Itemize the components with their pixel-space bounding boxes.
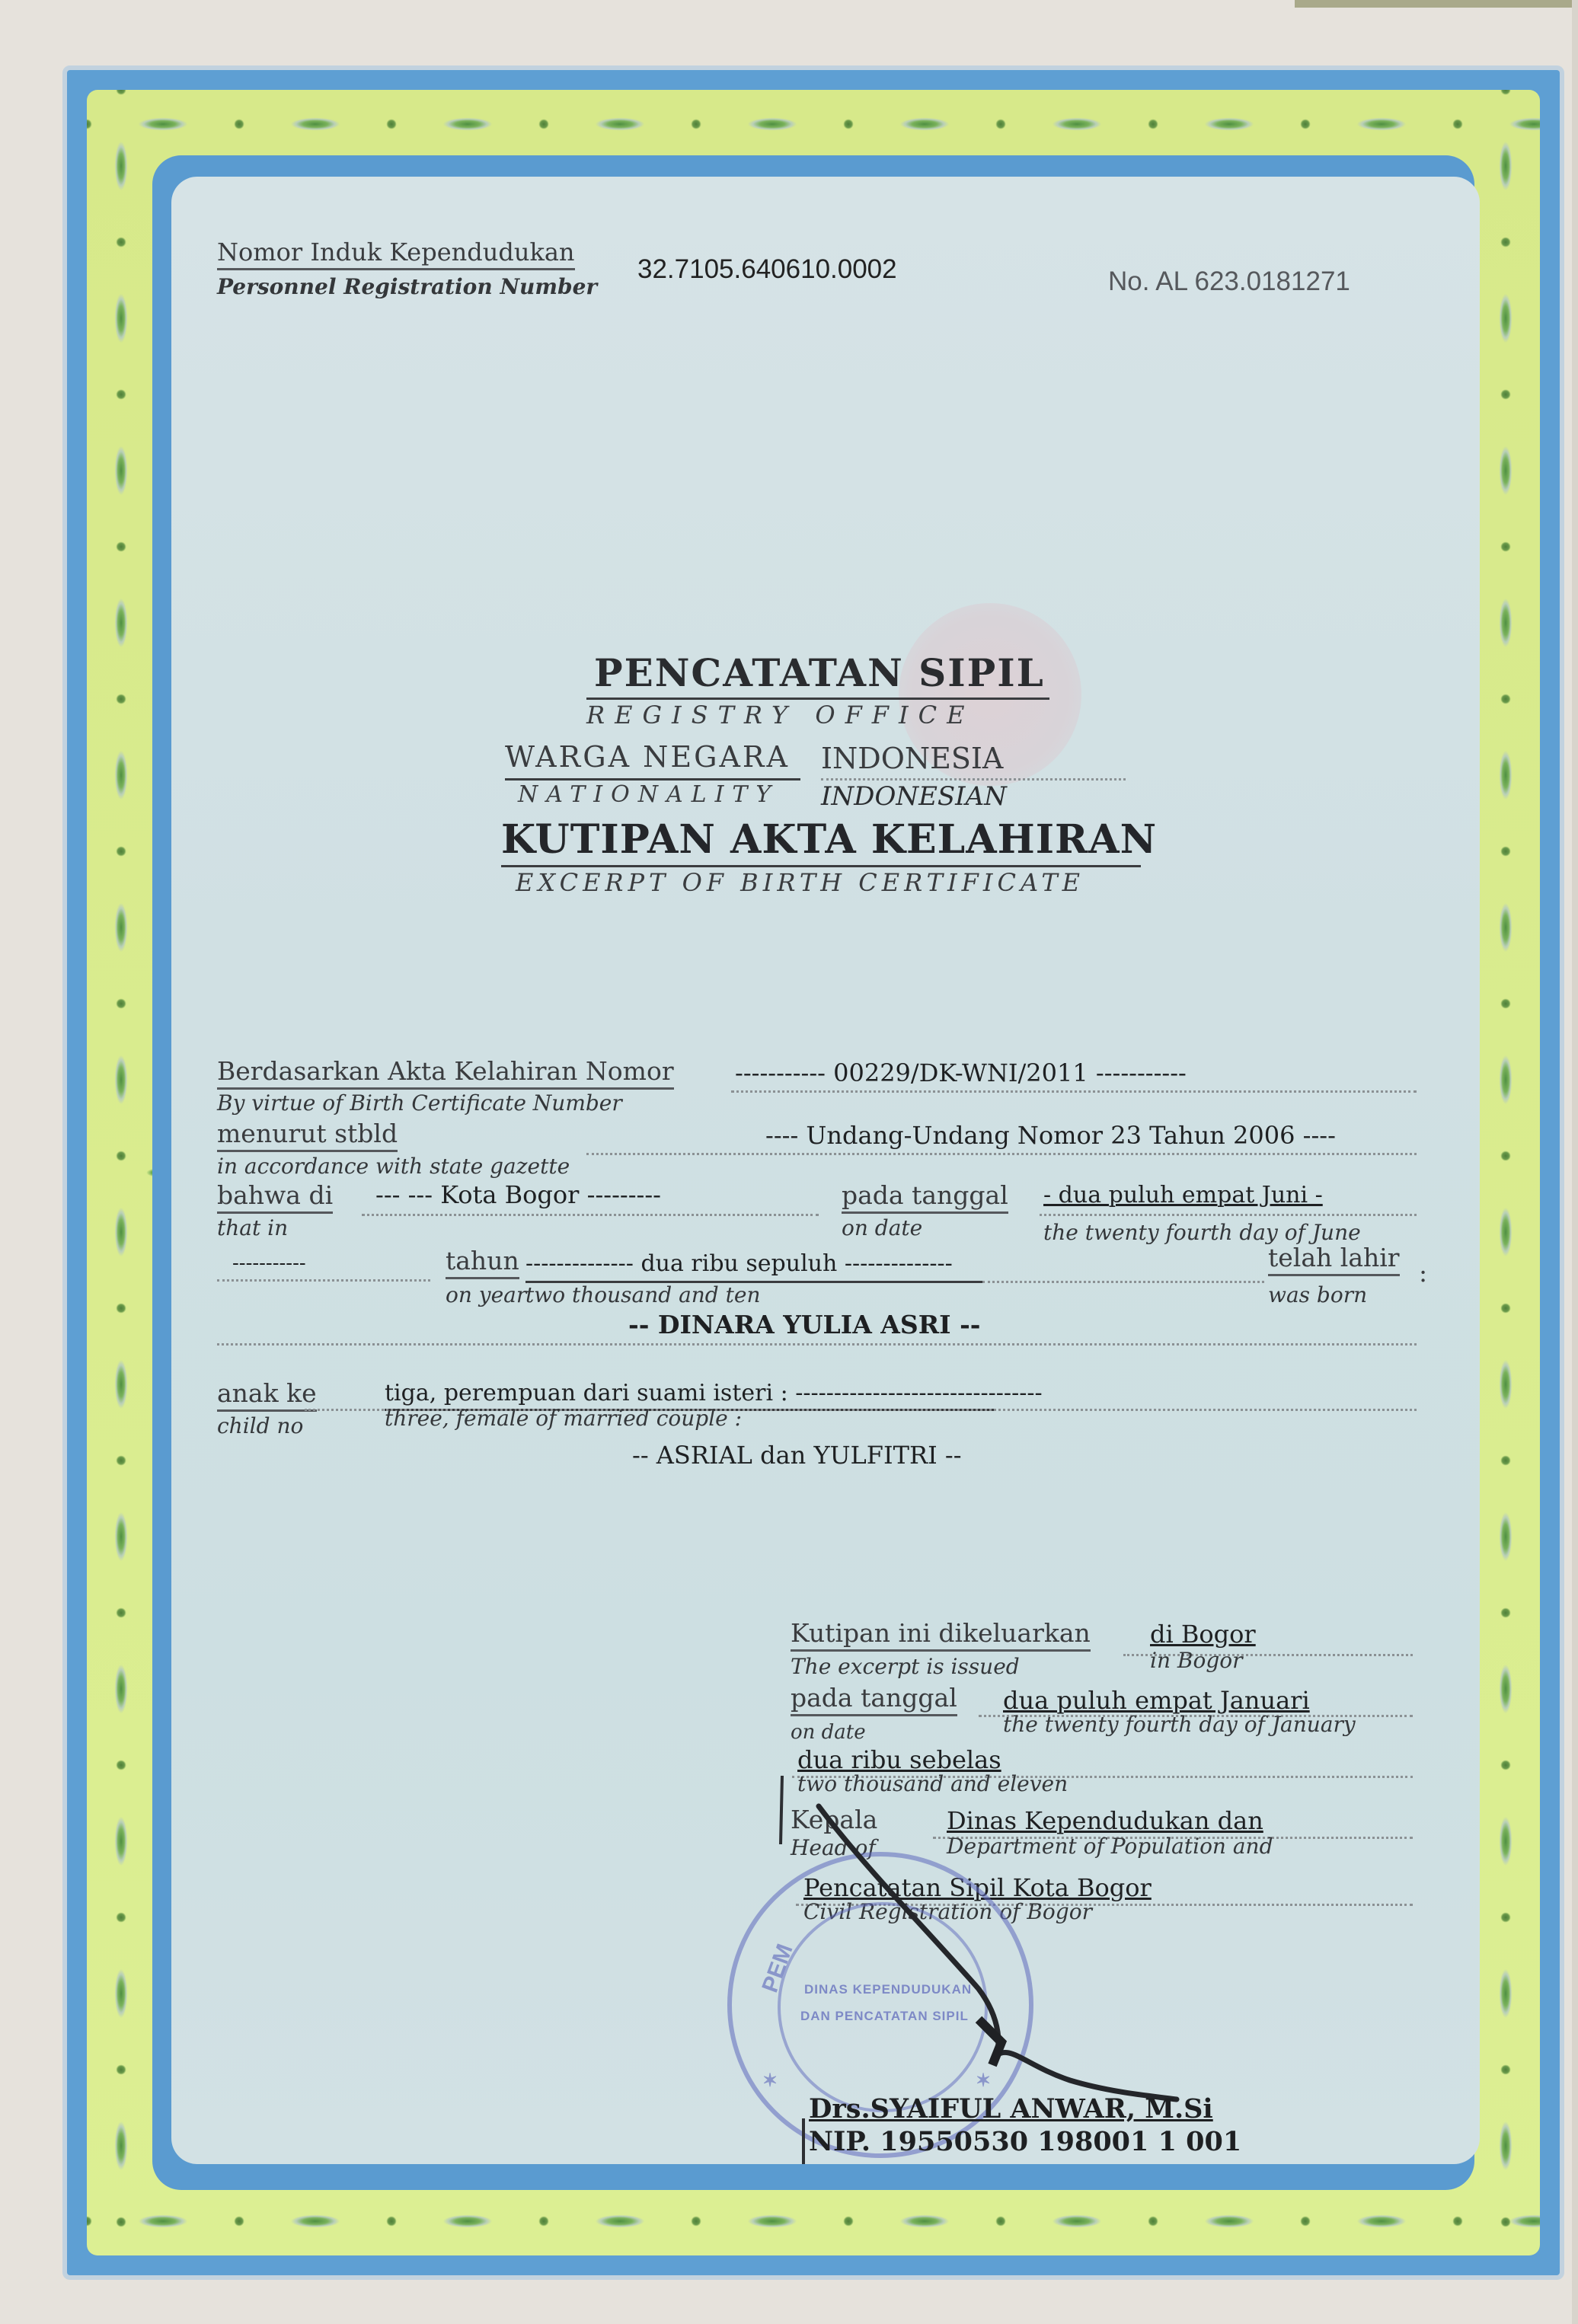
child-no-label-en: child no (217, 1413, 303, 1438)
issued-place-value: di Bogor (1150, 1620, 1256, 1649)
birth-date-label: pada tanggal (842, 1180, 1008, 1214)
nik-label-en: Personnel Registration Number (217, 274, 597, 299)
cert-no-value: ----------- 00229/DK-WNI/2011 ----------… (735, 1058, 1187, 1087)
colon: : (1419, 1258, 1427, 1288)
background-edge-right (1572, 0, 1578, 2324)
ornament-top (87, 97, 1540, 151)
nik-value: 32.7105.640610.0002 (637, 254, 897, 285)
year-label: tahun (446, 1246, 519, 1279)
cert-no-dotline (731, 1090, 1417, 1093)
document-number: No. AL 623.0181271 (1108, 267, 1350, 297)
background-edge (1295, 0, 1578, 8)
issue-date-label: pada tanggal (791, 1683, 957, 1716)
year-label-en: on year (446, 1282, 526, 1307)
certificate-panel: Nomor Induk Kependudukan Personnel Regis… (171, 177, 1480, 2164)
gazette-label: menurut stbld (217, 1119, 398, 1152)
child-name: -- DINARA YULIA ASRI -- (628, 1310, 980, 1339)
document-title-underline (501, 865, 1141, 867)
parents-names: -- ASRIAL dan YULFITRI -- (632, 1441, 962, 1470)
ornament-bottom (87, 2195, 1540, 2248)
official-name: Drs.SYAIFUL ANWAR, M.Si (809, 2093, 1213, 2124)
birth-date-value: - dua puluh empat Juni - (1043, 1182, 1323, 1208)
nationality-value: INDONESIA (821, 742, 1003, 775)
gazette-dotline (586, 1153, 1417, 1155)
issued-label-en: The excerpt is issued (791, 1654, 1020, 1679)
place-label-en: that in (217, 1215, 288, 1240)
cert-no-label-en: By virtue of Birth Certificate Number (217, 1090, 622, 1116)
issue-date-value-en: the twenty fourth day of January (1003, 1712, 1356, 1737)
child-name-dotline (217, 1343, 1417, 1346)
document-title-en: EXCERPT OF BIRTH CERTIFICATE (516, 868, 1084, 897)
document-title: KUTIPAN AKTA KELAHIRAN (501, 816, 1157, 863)
pre-year-dotline (217, 1279, 430, 1282)
ornament-left (94, 90, 148, 2255)
official-nip: NIP. 19550530 198001 1 001 (809, 2126, 1241, 2157)
child-no-value-en: three, female of married couple : (385, 1406, 742, 1431)
born-label: telah lahir (1268, 1243, 1400, 1276)
nik-label: Nomor Induk Kependudukan (217, 238, 575, 270)
gazette-value: ---- Undang-Undang Nomor 23 Tahun 2006 -… (765, 1121, 1336, 1150)
gazette-label-en: in accordance with state gazette (217, 1154, 570, 1179)
birth-date-value-en: the twenty fourth day of June (1043, 1220, 1361, 1245)
place-dotline (362, 1214, 819, 1216)
issue-date-value: dua puluh empat Januari (1003, 1686, 1310, 1715)
born-label-en: was born (1268, 1282, 1367, 1307)
year-dotline (982, 1281, 1264, 1283)
nationality-dotline (821, 778, 1126, 781)
nationality-underline (505, 778, 800, 781)
nationality-label: WARGA NEGARA (505, 740, 790, 774)
year-value-en: two thousand and ten (525, 1282, 760, 1307)
place-value: --- --- Kota Bogor --------- (375, 1180, 661, 1209)
birth-date-label-en: on date (842, 1215, 922, 1240)
issue-date-label-en: on date (791, 1721, 866, 1744)
child-no-label: anak ke (217, 1378, 317, 1412)
office-title: PENCATATAN SIPIL (594, 650, 1045, 695)
office-title-en: REGISTRY OFFICE (586, 701, 974, 729)
birth-date-dotline (1040, 1214, 1417, 1216)
pre-year-value: ----------- (232, 1252, 306, 1275)
ornament-right (1479, 90, 1532, 2255)
cert-no-label: Berdasarkan Akta Kelahiran Nomor (217, 1056, 674, 1090)
child-no-value: tiga, perempuan dari suami isteri : ----… (385, 1380, 1043, 1406)
nationality-label-en: NATIONALITY (518, 781, 779, 808)
issued-place-value-en: in Bogor (1150, 1648, 1243, 1673)
issue-year-value: dua ribu sebelas (797, 1745, 1001, 1774)
place-label: bahwa di (217, 1180, 333, 1214)
issued-label: Kutipan ini dikeluarkan (791, 1618, 1091, 1652)
year-value: -------------- dua ribu sepuluh --------… (525, 1250, 953, 1277)
nationality-value-en: INDONESIAN (821, 781, 1007, 812)
office-title-underline (586, 698, 1049, 700)
